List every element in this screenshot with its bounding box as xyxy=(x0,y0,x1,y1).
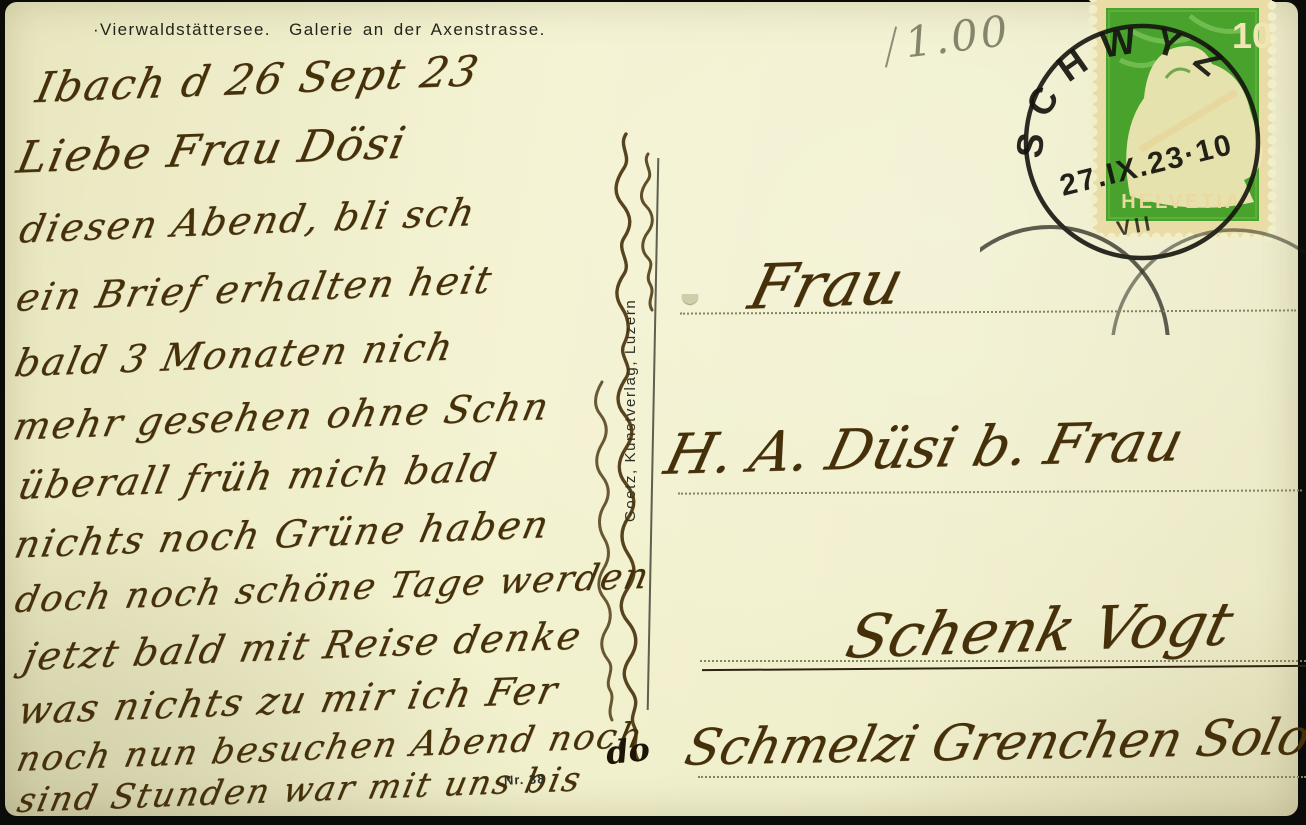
message-line: bald 3 Monaten nich xyxy=(11,324,458,385)
message-line: jetzt bald mit Reise denke xyxy=(20,614,587,679)
message-line: nichts noch Grüne haben xyxy=(11,502,554,567)
postcard-caption: ·Vierwaldstättersee. Galerie an der Axen… xyxy=(93,20,546,40)
address-line-2: H. A. Düsi b. Frau xyxy=(658,409,1190,487)
address-line-1: Frau xyxy=(742,245,911,323)
address-rule-4 xyxy=(698,776,1306,778)
postcard-photo: { "postcard": { "caption": "·Vierwaldstä… xyxy=(0,0,1306,825)
margin-handwriting xyxy=(520,60,670,780)
message-line: Ibach d 26 Sept 23 xyxy=(32,46,485,112)
stamp-denomination: 10 xyxy=(1232,15,1272,56)
ink-mark: do xyxy=(604,730,651,772)
series-number: Nr. 38 xyxy=(504,771,546,787)
stamp-country: HELVETIA xyxy=(1121,191,1242,213)
message-line: überall früh mich bald xyxy=(14,445,501,507)
address-line-3: Schenk Vogt xyxy=(839,589,1240,672)
message-line: mehr gesehen ohne Schn xyxy=(9,384,554,449)
message-line: diesen Abend, bli sch xyxy=(16,190,481,251)
message-line: Liebe Frau Dösi xyxy=(12,118,411,184)
message-line: ein Brief erhalten heit xyxy=(12,258,497,320)
stamp-and-postmark: 10 HELVETIA SCHWYZ 27.IX.23·10 VII xyxy=(980,0,1306,335)
